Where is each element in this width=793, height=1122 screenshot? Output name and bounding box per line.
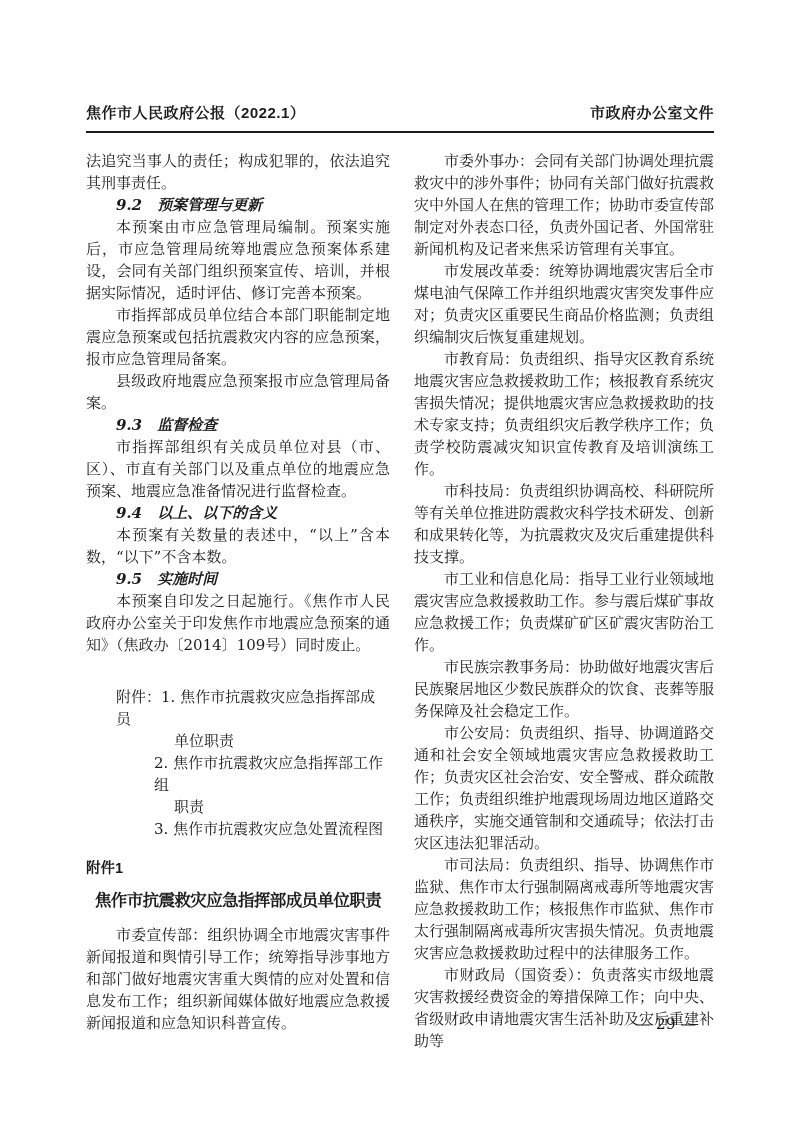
paragraph: 市科技局：负责组织协调高校、科研院所等有关单位推进防震救灾科学技术研发、创新和成… [414,480,714,568]
paragraph: 本预案由市应急管理局编制。预案实施后，市应急管理局统筹地震应急预案体系建设，会同… [86,216,390,304]
gazette-page: 焦作市人民政府公报（2022.1） 市政府办公室文件 法追究当事人的责任；构成犯… [0,0,793,1122]
section-heading: 9.3 监督检查 [86,414,390,436]
section-heading: 9.2 预案管理与更新 [86,194,390,216]
attachment-title: 焦作市抗震救灾应急指挥部成员单位职责 [86,889,390,913]
paragraph: 市教育局：负责组织、指导灾区教育系统地震灾害应急救援救助工作；核报教育系统灾害损… [414,348,714,480]
paragraph: 本预案有关数量的表述中，“以上”含本数，“以下”不含本数。 [86,524,390,568]
section-heading: 9.4 以上、以下的含义 [86,502,390,524]
left-column: 法追究当事人的责任；构成犯罪的，依法追究其刑事责任。9.2 预案管理与更新本预案… [86,150,390,1052]
attachment-list-line: 3. 焦作市抗震救灾应急处置流程图 [154,818,390,840]
paragraph: 市工业和信息化局：指导工业行业领域地震灾害应急救援救助工作。参与震后煤矿事故应急… [414,568,714,656]
spacer [86,840,390,858]
two-column-body: 法追究当事人的责任；构成犯罪的，依法追究其刑事责任。9.2 预案管理与更新本预案… [86,150,714,1052]
attachment-label: 附件1 [86,858,390,880]
paragraph: 市发展改革委：统筹协调地震灾害后全市煤电油气保障工作并组织地震灾害突发事件应对；… [414,260,714,348]
paragraph: 县级政府地震应急预案报市应急管理局备案。 [86,370,390,414]
paragraph: 市委外事办：会同有关部门协调处理抗震救灾中的涉外事件；协同有关部门做好抗震救灾中… [414,150,714,260]
paragraph: 本预案自印发之日起施行。《焦作市人民政府办公室关于印发焦作市地震应急预案的通知》… [86,590,390,656]
page-number: — 29 — [86,1013,714,1035]
doc-category: 市政府办公室文件 [590,104,714,124]
right-column: 市委外事办：会同有关部门协调处理抗震救灾中的涉外事件；协同有关部门做好抗震救灾中… [414,150,714,1052]
paragraph-continuation: 法追究当事人的责任；构成犯罪的，依法追究其刑事责任。 [86,150,390,194]
paragraph: 市民族宗教事务局：协助做好地震灾害后民族聚居地区少数民族群众的饮食、丧葬等服务保… [414,656,714,722]
page-header: 焦作市人民政府公报（2022.1） 市政府办公室文件 [86,104,714,133]
paragraph: 市指挥部成员单位结合本部门职能制定地震应急预案或包括抗震救灾内容的应急预案，报市… [86,304,390,370]
paragraph: 市指挥部组织有关成员单位对县（市、区）、市直有关部门以及重点单位的地震应急预案、… [86,436,390,502]
paragraph: 市公安局：负责组织、指导、协调道路交通和社会安全领域地震灾害应急救援救助工作；负… [414,722,714,854]
attachment-list-line: 职责 [174,796,390,818]
section-heading: 9.5 实施时间 [86,568,390,590]
paragraph: 市司法局：负责组织、指导、协调焦作市监狱、焦作市太行强制隔离戒毒所等地震灾害应急… [414,854,714,964]
paragraph: 市财政局（国资委）：负责落实市级地震灾害救援经费资金的筹措保障工作；向中央、省级… [414,964,714,1052]
attachment-list-line: 附件：1. 焦作市抗震救灾应急指挥部成员 [116,686,390,730]
attachment-list-line: 2. 焦作市抗震救灾应急指挥部工作组 [154,752,390,796]
gazette-title: 焦作市人民政府公报（2022.1） [86,104,305,124]
spacer [86,656,390,686]
attachment-list-line: 单位职责 [174,730,390,752]
